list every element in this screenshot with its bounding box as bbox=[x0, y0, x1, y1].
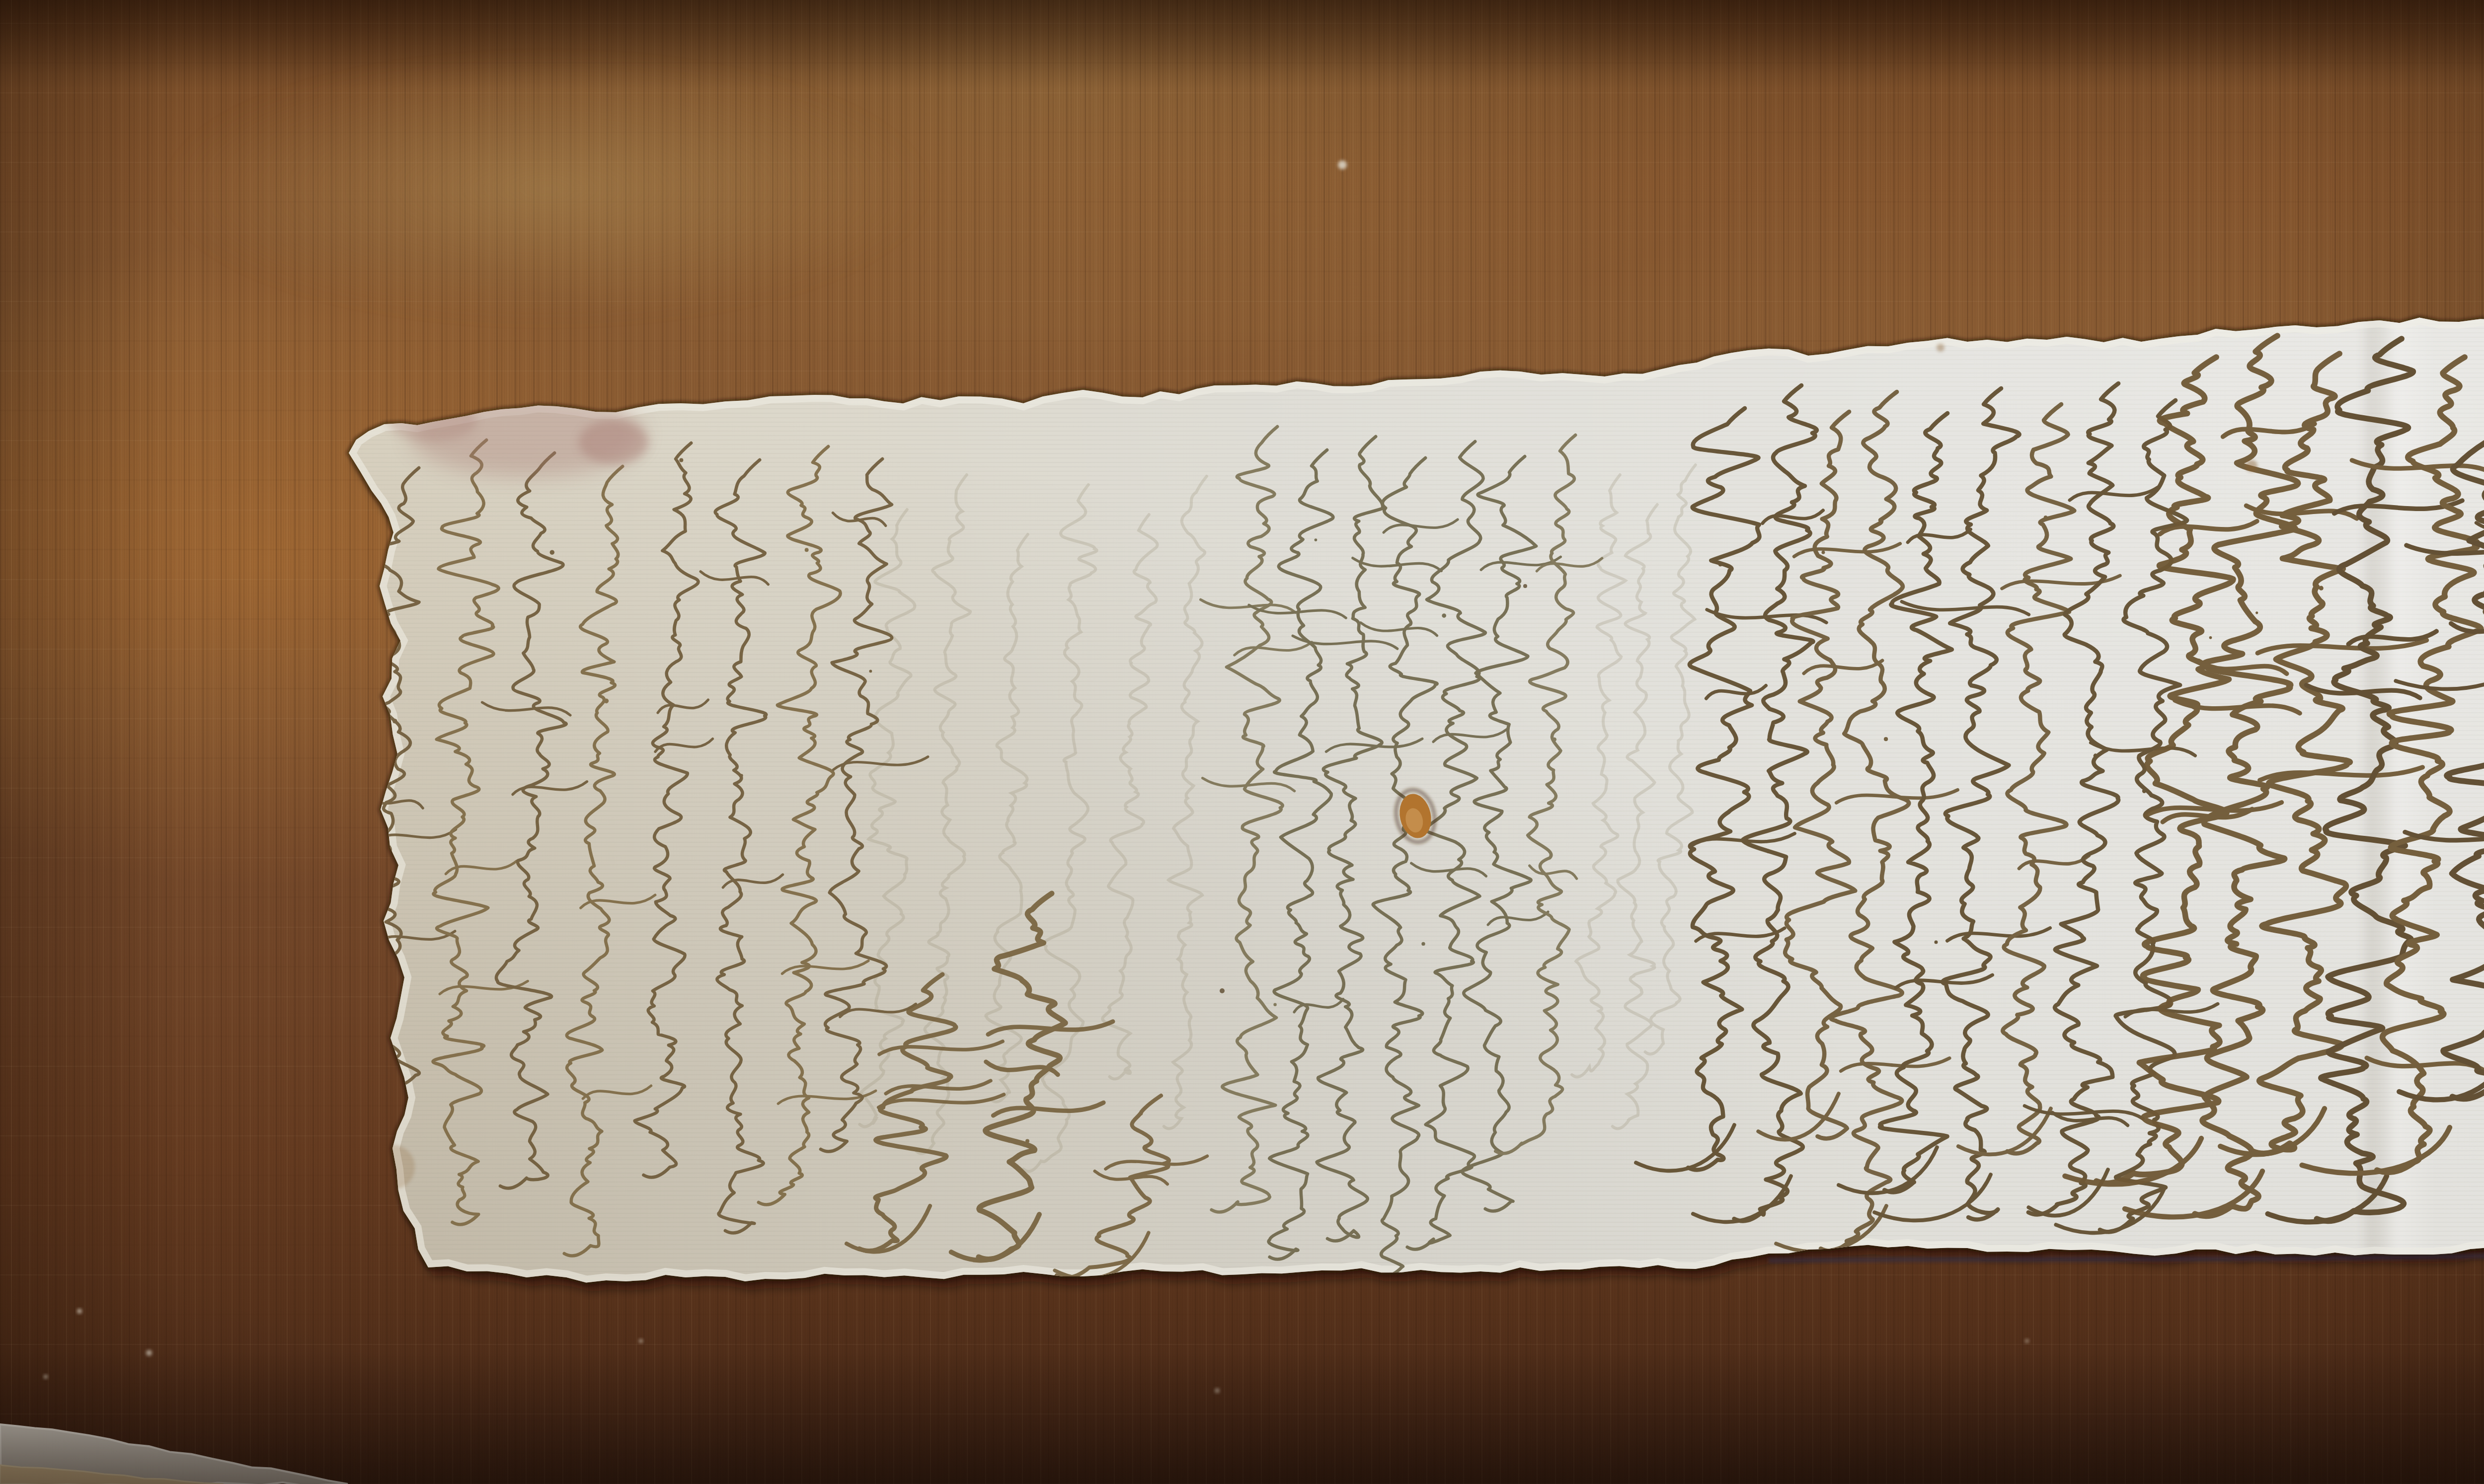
ink-dot bbox=[1139, 1112, 1143, 1115]
stray-ink-dot bbox=[1220, 988, 1225, 993]
ink-dot bbox=[1966, 1181, 1969, 1185]
dust-speck bbox=[1338, 160, 1347, 169]
ink-dot bbox=[2094, 753, 2098, 758]
dust-speck bbox=[1215, 1388, 1220, 1393]
ink-dot bbox=[1421, 942, 1425, 946]
ink-dot bbox=[1935, 940, 1938, 944]
ink-dot bbox=[1552, 738, 1556, 742]
ink-dot bbox=[869, 670, 872, 673]
brown-stain-spot bbox=[1937, 344, 1944, 352]
ink-dot bbox=[1025, 1139, 1029, 1143]
ink-dot bbox=[2255, 611, 2258, 614]
ink-dot bbox=[2319, 586, 2324, 591]
ink-dot bbox=[1315, 538, 1318, 541]
pink-stain bbox=[579, 420, 648, 464]
manuscript-photo bbox=[0, 0, 2484, 1484]
dust-speck bbox=[639, 1339, 643, 1343]
dust-speck bbox=[77, 1309, 82, 1314]
ink-dot bbox=[392, 719, 397, 723]
ink-dot bbox=[550, 550, 554, 554]
dust-speck bbox=[44, 1375, 48, 1379]
ink-dot bbox=[1442, 613, 1446, 618]
ink-dot bbox=[1273, 1003, 1276, 1006]
ink-dot bbox=[805, 548, 809, 552]
ink-dot bbox=[1822, 551, 1825, 554]
ink-dot bbox=[740, 774, 743, 777]
dust-speck bbox=[2025, 1339, 2029, 1343]
ink-dot bbox=[1718, 563, 1722, 567]
dust-speck bbox=[146, 1350, 152, 1356]
ink-dot bbox=[2044, 516, 2048, 519]
photo-scene bbox=[0, 0, 2484, 1484]
ink-dot bbox=[1884, 737, 1888, 741]
stray-ink-dot bbox=[1523, 584, 1527, 588]
ink-dot bbox=[679, 458, 683, 462]
brown-stain-spot bbox=[2246, 460, 2257, 472]
ink-dot bbox=[604, 698, 609, 703]
ink-dot bbox=[2209, 636, 2212, 639]
ink-dot bbox=[2142, 789, 2146, 793]
